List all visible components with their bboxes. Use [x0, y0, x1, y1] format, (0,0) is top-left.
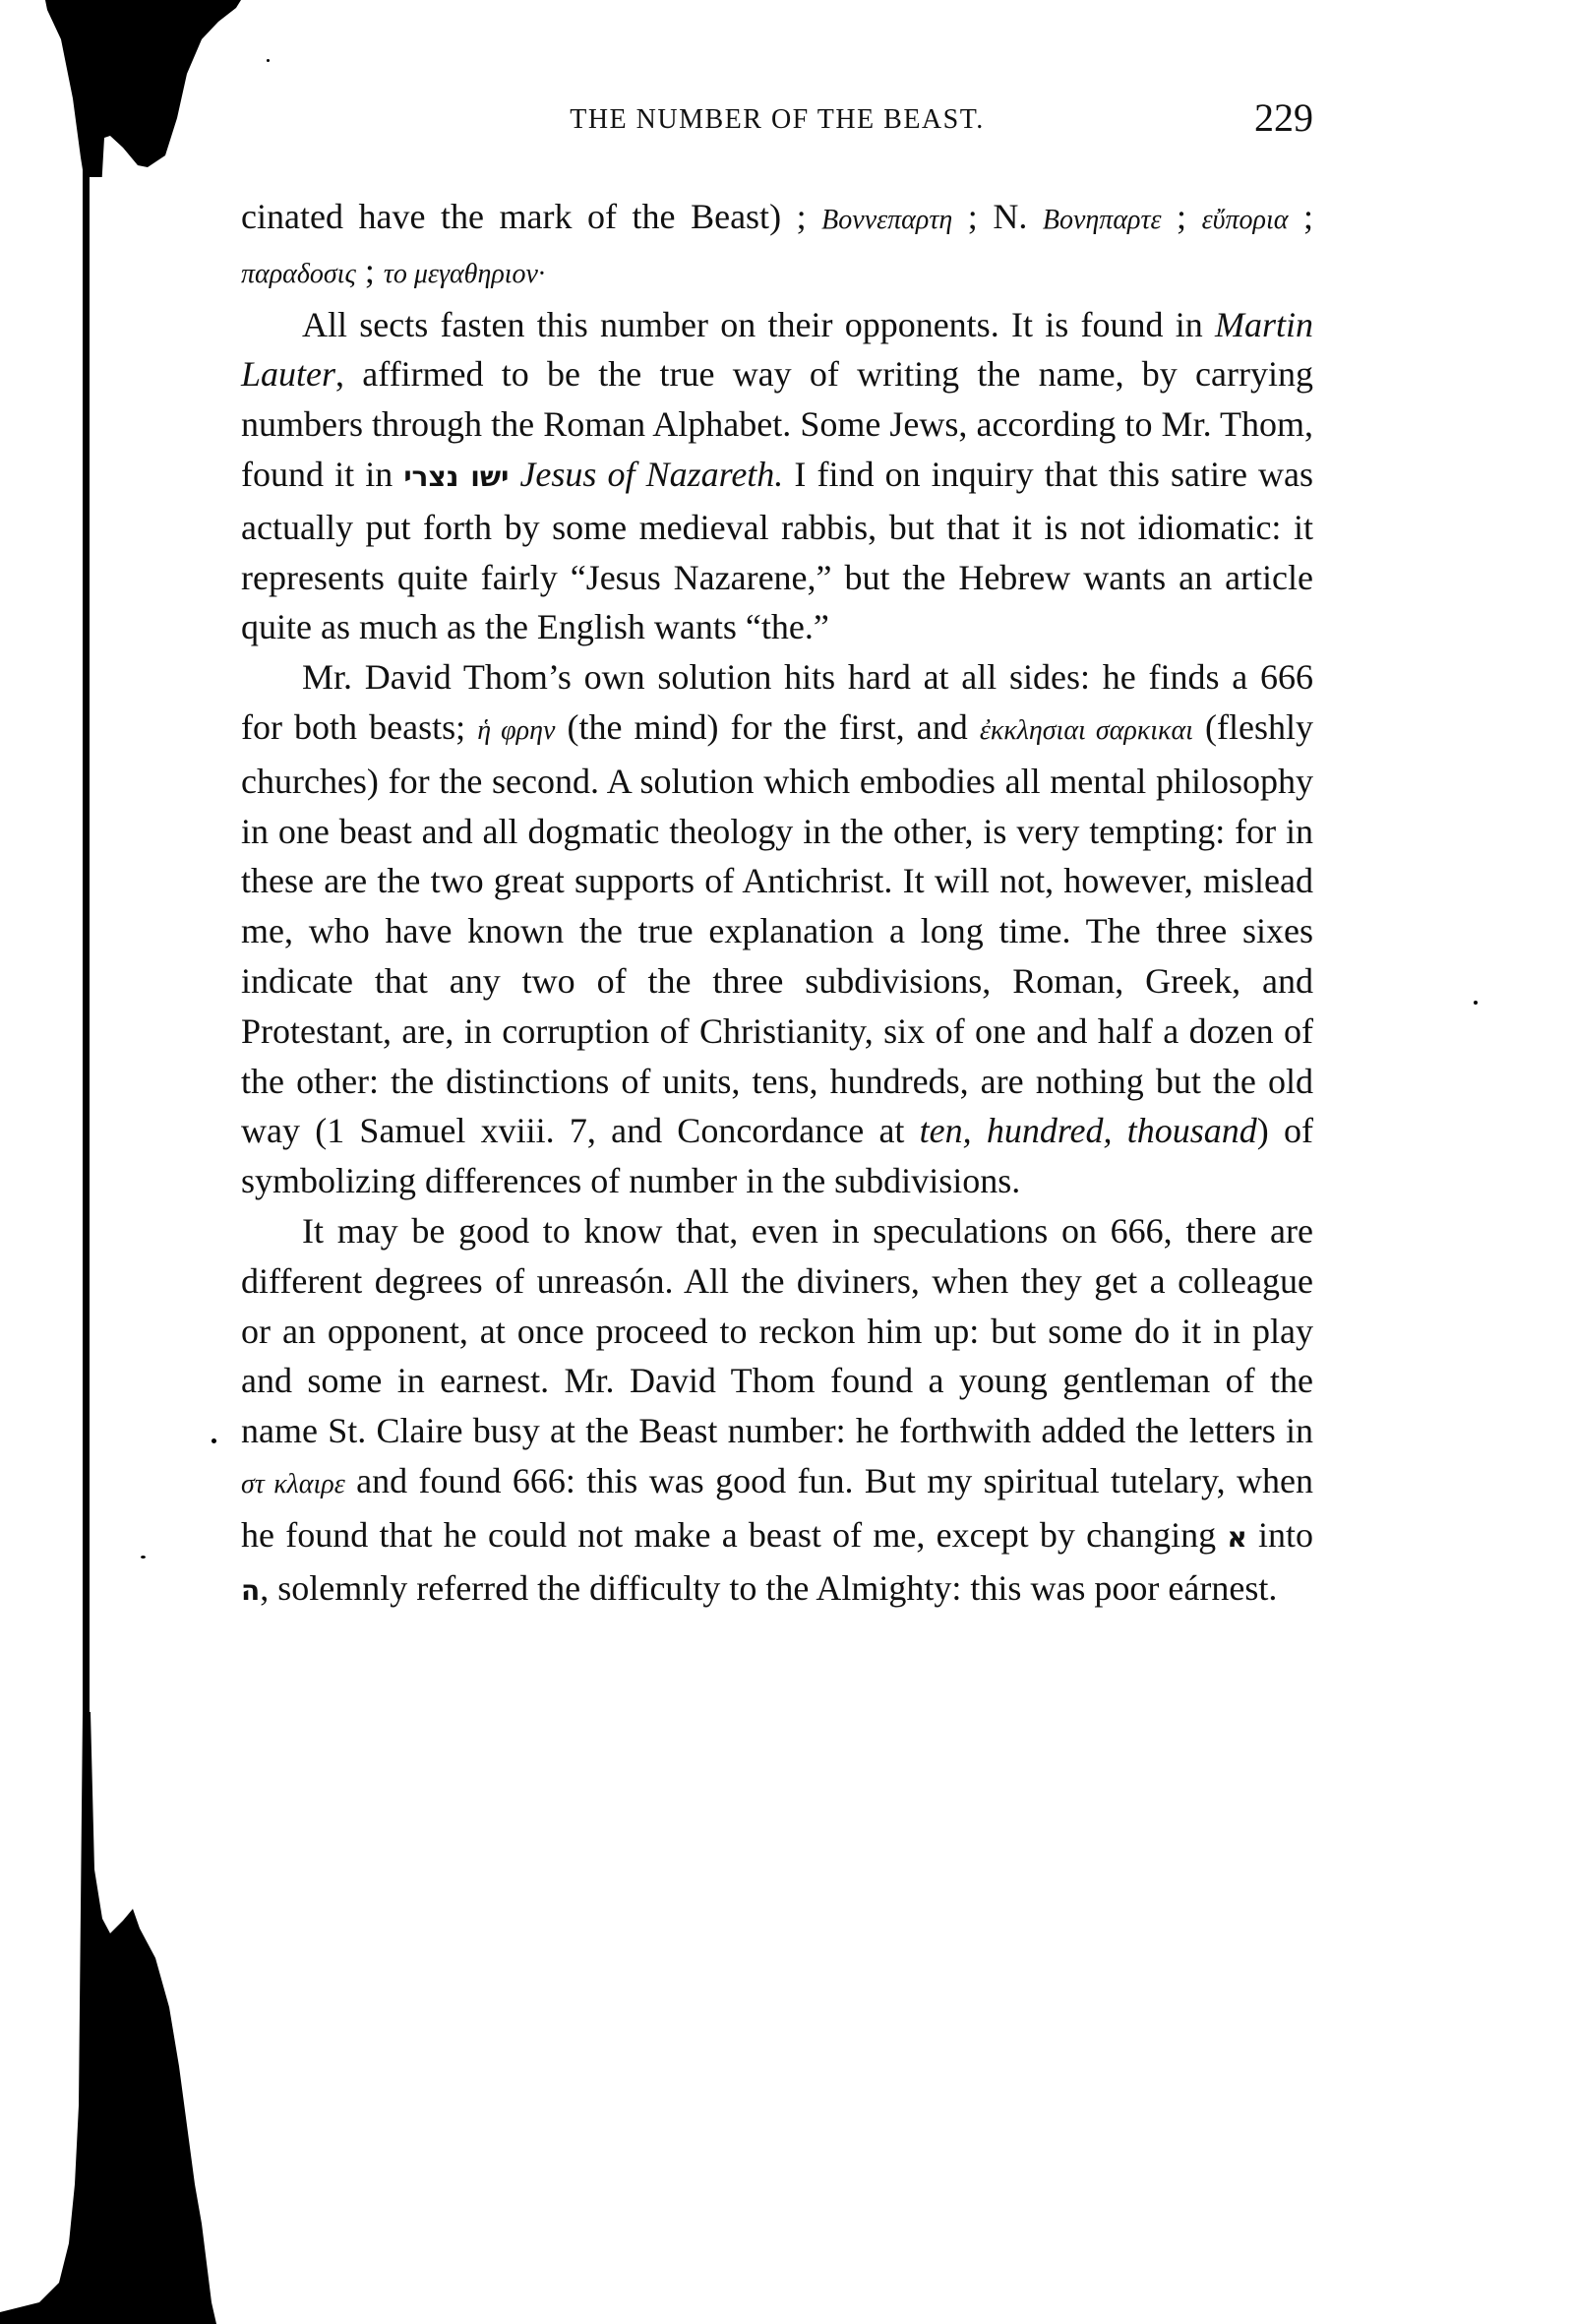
text-segment [509, 455, 519, 494]
greek-text: Βονηπαρτε [1043, 205, 1162, 235]
binding-shadow-top [0, 0, 256, 177]
text-segment: ; [1288, 197, 1313, 236]
text-segment: , solemnly referred the difficulty to th… [260, 1568, 1277, 1608]
page-number: 229 [1254, 94, 1313, 141]
binding-shadow-bottom [0, 1712, 216, 2324]
body-text: cinated have the mark of the Beast) ; Βο… [241, 192, 1313, 1616]
text-segment: into [1247, 1515, 1313, 1555]
scan-speck [141, 1556, 146, 1559]
text-segment: It may be good to know that, even in spe… [241, 1211, 1313, 1450]
paragraph-4: It may be good to know that, even in spe… [241, 1206, 1313, 1616]
paragraph-2: All sects fasten this number on their op… [241, 300, 1313, 653]
greek-text: στ κλαιρε [241, 1469, 345, 1499]
scan-speck [212, 1438, 216, 1443]
paragraph-3: Mr. David Thom’s own solution hits hard … [241, 652, 1313, 1206]
italic-text: ten, hundred, thousand [920, 1111, 1257, 1150]
text-segment: All sects fasten this number on their op… [302, 305, 1215, 344]
italic-text: Jesus of Nazareth. [519, 455, 783, 494]
running-head: THE NUMBER OF THE BEAST. 229 [241, 94, 1313, 144]
greek-text: ἐκκλησιαι σαρκικαι [980, 715, 1193, 746]
hebrew-text: ישו נצרי [403, 460, 509, 493]
text-segment: (the mind) for the first, and [555, 707, 979, 747]
greek-text: ἡ φρην [477, 715, 555, 746]
paragraph-1: cinated have the mark of the Beast) ; Βο… [241, 192, 1313, 300]
greek-text: παραδοσις [241, 259, 356, 289]
greek-text: Βοννεπαρτη [821, 205, 952, 235]
scan-speck [267, 59, 270, 62]
text-segment: ; [356, 251, 384, 290]
text-segment: (fleshly churches) for the second. A sol… [241, 707, 1313, 1150]
text-segment: and found 666: this was good fun. But my… [241, 1461, 1313, 1555]
hebrew-text: ה [241, 1574, 260, 1607]
hebrew-text: א [1227, 1521, 1246, 1554]
scan-speck [1474, 1001, 1478, 1005]
greek-text: το μεγαθηριον· [384, 259, 545, 289]
greek-text: εὔπορια [1202, 205, 1289, 235]
text-segment: cinated have the mark of the Beast) ; [241, 197, 821, 236]
text-segment: ; N. [952, 197, 1043, 236]
text-segment: ; [1162, 197, 1202, 236]
running-head-title: THE NUMBER OF THE BEAST. [241, 104, 1313, 136]
